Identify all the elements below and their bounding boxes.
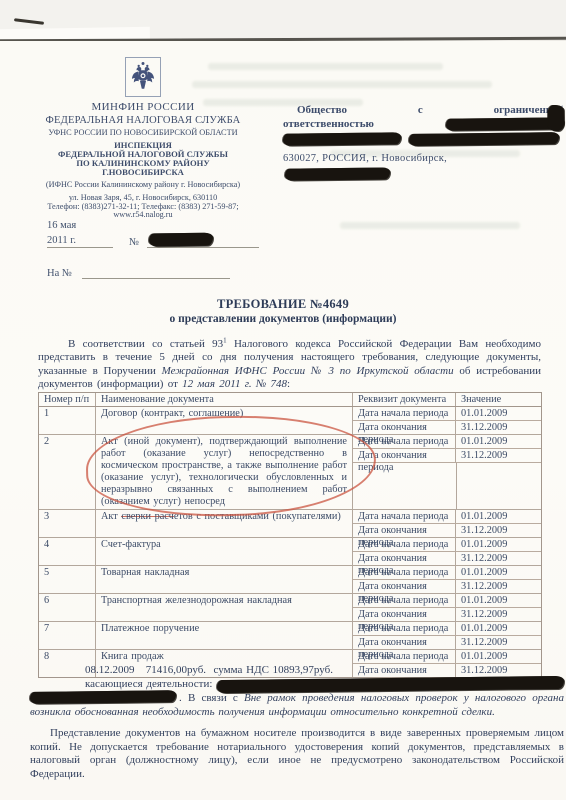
- letterhead: МИНФИН РОССИИ ФЕДЕРАЛЬНАЯ НАЛОГОВАЯ СЛУЖ…: [45, 57, 241, 220]
- table-row: 4Счет-фактураДата начала периода01.01.20…: [39, 538, 541, 566]
- recipient-word: ответственностью: [283, 117, 374, 131]
- date-year: 2011 г.: [47, 235, 113, 248]
- number-sign: №: [129, 237, 139, 248]
- attribute-value: 31.12.2009: [456, 449, 541, 462]
- attribute-value: 01.01.2009: [456, 510, 541, 523]
- ministry-name: МИНФИН РОССИИ: [45, 101, 241, 114]
- attribute-label: Дата окончания периода: [353, 449, 456, 462]
- document-number-line: [147, 233, 259, 248]
- redaction-mark: [285, 167, 390, 180]
- attribute-row: Дата начала периода01.01.2009: [353, 622, 541, 636]
- document-name-part: етов с поставщиками (покупателями): [174, 511, 341, 522]
- attribute-label: Дата начала периода: [353, 622, 456, 635]
- table-header-row: Номер п/пНаименование документаРеквизит …: [39, 393, 541, 407]
- date-day: 16 мая: [47, 219, 287, 232]
- reply-to-label: На №: [47, 268, 72, 279]
- attribute-row: Дата начала периода01.01.2009: [353, 538, 541, 552]
- bleed-through-text: [208, 63, 443, 70]
- row-number-cell: 3: [39, 510, 96, 537]
- document-name-cell: Транспортная железнодорожная накладная: [96, 594, 353, 621]
- attribute-label: Дата начала периода: [353, 650, 456, 663]
- attribute-label: Дата начала периода: [353, 407, 456, 420]
- reply-number-line: [82, 265, 230, 279]
- paper-copy-note: Представление документов на бумажном нос…: [30, 727, 564, 781]
- attribute-row: Дата окончания периода31.12.2009: [353, 636, 541, 649]
- attribute-label: Дата окончания периода: [353, 552, 456, 565]
- attribute-value: 31.12.2009: [456, 608, 541, 621]
- intro-paragraph: В соответствии со статьей 931 Налогового…: [38, 338, 541, 392]
- attribute-value: 31.12.2009: [456, 552, 541, 565]
- row-number-cell: 7: [39, 622, 96, 649]
- attribute-label: Дата начала периода: [353, 435, 456, 448]
- attribute-row: Дата окончания периода31.12.2009: [353, 524, 541, 537]
- document-name-cell: Акт сверки расчетов с поставщиками (поку…: [96, 510, 353, 537]
- reason-paragraph: . В связи с Вне рамок проведения налогов…: [30, 691, 564, 719]
- region-office: УФНС РОССИИ ПО НОВОСИБИРСКОЙ ОБЛАСТИ: [45, 127, 241, 138]
- table-header-cell: Значение: [456, 393, 541, 406]
- table-header-cell: Наименование документа: [96, 393, 353, 406]
- document-name-part: Акт: [101, 511, 121, 522]
- document-name-cell: Счет-фактура: [96, 538, 353, 565]
- attribute-label: Дата окончания периода: [353, 524, 456, 537]
- activity-line: касающиеся деятельности:: [85, 678, 564, 692]
- attribute-row: Дата окончания периода31.12.2009: [353, 552, 541, 565]
- attribute-row: Дата начала периода01.01.2009: [353, 566, 541, 580]
- attributes-cell: Дата начала периода01.01.2009Дата оконча…: [353, 510, 541, 537]
- redaction-mark: [149, 233, 213, 247]
- attribute-row: Дата окончания периода31.12.2009: [353, 449, 541, 463]
- text-segment: . В связи с: [179, 692, 244, 704]
- attributes-cell: Дата начала периода01.01.2009Дата оконча…: [353, 566, 541, 593]
- text-segment: В соответствии со статьей 93: [68, 338, 223, 350]
- attribute-label: Дата окончания периода: [353, 608, 456, 621]
- attributes-cell: Дата начала периода01.01.2009Дата оконча…: [353, 435, 541, 509]
- attribute-row: Дата начала периода01.01.2009: [353, 650, 541, 664]
- footer-block: 08.12.2009 71416,00руб. сумма НДС 10893,…: [30, 664, 564, 781]
- document-table: Номер п/пНаименование документаРеквизит …: [38, 392, 542, 678]
- text-segment: Межрайонная ИФНС России № 3 по Иркутской…: [162, 365, 454, 377]
- row-number-cell: 2: [39, 435, 96, 509]
- bleed-through-text: [340, 222, 520, 229]
- table-header-cell: Реквизит документа: [353, 393, 456, 406]
- sum-line: 08.12.2009 71416,00руб. сумма НДС 10893,…: [85, 664, 564, 678]
- table-row: 6Транспортная железнодорожная накладнаяД…: [39, 594, 541, 622]
- table-body: 1Договор (контракт, соглашение)Дата нача…: [39, 407, 541, 677]
- scanned-page: МИНФИН РОССИИ ФЕДЕРАЛЬНАЯ НАЛОГОВАЯ СЛУЖ…: [0, 0, 566, 800]
- redaction-mark: [548, 105, 564, 131]
- redaction-mark: [446, 117, 564, 130]
- emblem-box: [125, 57, 161, 97]
- activity-label: касающиеся деятельности:: [85, 678, 212, 692]
- attribute-filler: [353, 463, 541, 509]
- attribute-label: Дата начала периода: [353, 538, 456, 551]
- recipient-block: Общество с ограниченной ответственностью…: [283, 103, 564, 184]
- table-header-cell: Номер п/п: [39, 393, 96, 406]
- attributes-cell: Дата начала периода01.01.2009Дата оконча…: [353, 622, 541, 649]
- attribute-value: 31.12.2009: [456, 580, 541, 593]
- date-number-block: 16 мая 2011 г. № На №: [47, 219, 287, 279]
- attribute-label: Дата окончания периода: [353, 636, 456, 649]
- row-number-cell: 1: [39, 407, 96, 434]
- attribute-value: 31.12.2009: [456, 421, 541, 434]
- row-number-cell: 4: [39, 538, 96, 565]
- text-segment: 12 мая 2011 г. № 748: [182, 378, 287, 390]
- attribute-value: 01.01.2009: [456, 435, 541, 448]
- attribute-label: Дата начала периода: [353, 594, 456, 607]
- document-name-cell: Договор (контракт, соглашение): [96, 407, 353, 434]
- attribute-value: 01.01.2009: [456, 407, 541, 420]
- attribute-row: Дата начала периода01.01.2009: [353, 435, 541, 449]
- attribute-row: Дата окончания периода31.12.2009: [353, 608, 541, 621]
- attribute-value: 01.01.2009: [456, 650, 541, 663]
- document-name-cell: Акт (иной документ), подтверждающий выпо…: [96, 435, 353, 509]
- attribute-label: Дата окончания периода: [353, 580, 456, 593]
- table-row: 2Акт (иной документ), подтверждающий вып…: [39, 435, 541, 510]
- service-name: ФЕДЕРАЛЬНАЯ НАЛОГОВАЯ СЛУЖБА: [45, 114, 241, 127]
- redaction-mark: [30, 690, 176, 704]
- inspection-short-name: (ИФНС России Калининскому району г. Ново…: [45, 180, 241, 189]
- table-row: 7Платежное поручениеДата начала периода0…: [39, 622, 541, 650]
- table-row: 1Договор (контракт, соглашение)Дата нача…: [39, 407, 541, 435]
- title-line2: о представлении документов (информации): [0, 312, 566, 326]
- attribute-value: 01.01.2009: [456, 594, 541, 607]
- document-name-cell: Товарная накладная: [96, 566, 353, 593]
- table-row: 5Товарная накладнаяДата начала периода01…: [39, 566, 541, 594]
- redaction-mark: [283, 132, 401, 145]
- attribute-row: Дата окончания периода31.12.2009: [353, 580, 541, 593]
- attribute-value: 01.01.2009: [456, 622, 541, 635]
- attribute-value: 31.12.2009: [456, 636, 541, 649]
- attributes-cell: Дата начала периода01.01.2009Дата оконча…: [353, 407, 541, 434]
- attribute-row: Дата окончания периода31.12.2009: [353, 421, 541, 434]
- attribute-row: Дата начала периода01.01.2009: [353, 407, 541, 421]
- attributes-cell: Дата начала периода01.01.2009Дата оконча…: [353, 594, 541, 621]
- attribute-label: Дата начала периода: [353, 566, 456, 579]
- attribute-value: 31.12.2009: [456, 524, 541, 537]
- redaction-mark: [409, 132, 559, 146]
- attribute-value: 01.01.2009: [456, 538, 541, 551]
- recipient-word: с: [418, 103, 423, 117]
- text-segment: :: [287, 378, 290, 390]
- coat-of-arms-eagle-icon: [130, 61, 156, 93]
- attribute-label: Дата начала периода: [353, 510, 456, 523]
- inspection-line: Г.НОВОСИБИРСКА: [45, 168, 241, 177]
- document-name-cell: Платежное поручение: [96, 622, 353, 649]
- recipient-line: ответственностью: [283, 117, 564, 131]
- attributes-cell: Дата начала периода01.01.2009Дата оконча…: [353, 538, 541, 565]
- row-number-cell: 5: [39, 566, 96, 593]
- recipient-city-line: 630027, РОССИЯ, г. Новосибирск,: [283, 152, 564, 166]
- attribute-row: Дата начала периода01.01.2009: [353, 510, 541, 524]
- attribute-value: 01.01.2009: [456, 566, 541, 579]
- attribute-label: Дата окончания периода: [353, 421, 456, 434]
- document-title: ТРЕБОВАНИЕ №4649 о представлении докумен…: [0, 297, 566, 326]
- row-number-cell: 6: [39, 594, 96, 621]
- recipient-line: Общество с ограниченной: [283, 103, 564, 117]
- document-name-part: сверки расч: [121, 511, 173, 522]
- title-line1: ТРЕБОВАНИЕ №4649: [0, 297, 566, 312]
- attribute-row: Дата начала периода01.01.2009: [353, 594, 541, 608]
- recipient-word: Общество: [297, 103, 347, 117]
- table-row: 3Акт сверки расчетов с поставщиками (пок…: [39, 510, 541, 538]
